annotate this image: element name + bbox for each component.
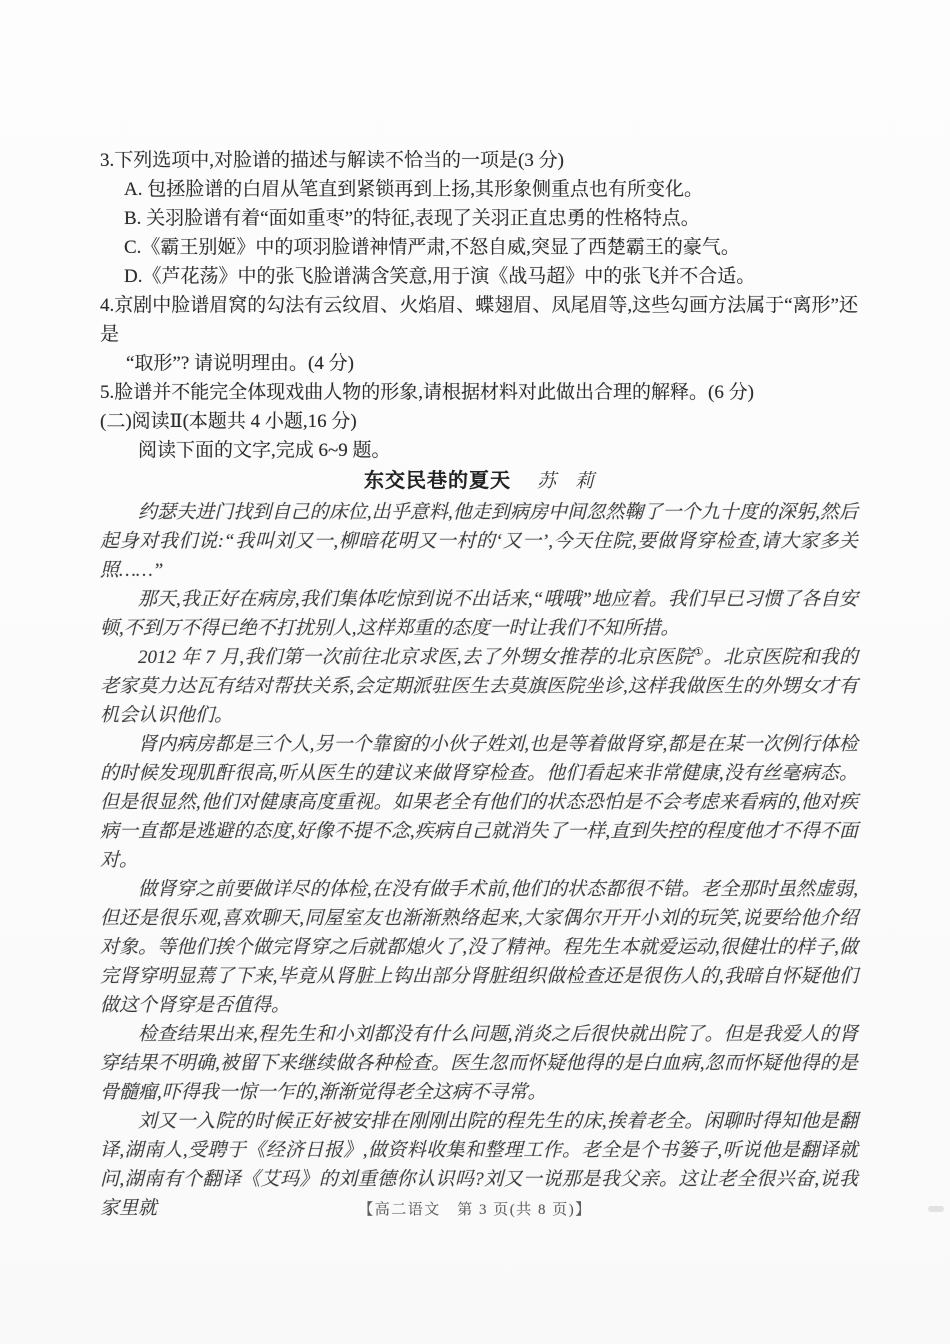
passage-title-row: 东交民巷的夏天苏 莉	[100, 466, 858, 498]
question-3-option-a: A. 包拯脸谱的白眉从笔直到紧锁再到上扬,其形象侧重点也有所变化。	[100, 175, 858, 204]
paragraph-3-text: 2012 年 7 月,我们第一次前往北京求医,去了外甥女推荐的北京医院	[138, 647, 694, 668]
text-column: 3.下列选项中,对脸谱的描述与解读不恰当的一项是(3 分) A. 包拯脸谱的白眉…	[100, 146, 858, 1223]
passage-title: 东交民巷的夏天	[364, 470, 511, 492]
exam-scan-page: 3.下列选项中,对脸谱的描述与解读不恰当的一项是(3 分) A. 包拯脸谱的白眉…	[0, 0, 950, 1344]
footnote-marker: ①	[694, 647, 704, 659]
passage-paragraph-3: 2012 年 7 月,我们第一次前往北京求医,去了外甥女推荐的北京医院①。北京医…	[100, 643, 858, 730]
question-5-stem: 5.脸谱并不能完全体现戏曲人物的形象,请根据材料对此做出合理的解释。(6 分)	[100, 378, 858, 407]
reading-instruction: 阅读下面的文字,完成 6~9 题。	[100, 436, 858, 465]
question-3-option-c: C.《霸王别姬》中的项羽脸谱神情严肃,不怒自威,突显了西楚霸王的豪气。	[100, 233, 858, 262]
question-4-line-1: 4.京剧中脸谱眉窝的勾法有云纹眉、火焰眉、蝶翅眉、凤尾眉等,这些勾画方法属于“离…	[100, 291, 858, 349]
passage-author: 苏 莉	[537, 471, 594, 492]
question-4-line-2: “取形”? 请说明理由。(4 分)	[100, 349, 858, 378]
question-3-stem: 3.下列选项中,对脸谱的描述与解读不恰当的一项是(3 分)	[100, 146, 858, 175]
page-footer: 【高二语文 第 3 页(共 8 页)】	[0, 1198, 950, 1219]
section-2-header: (二)阅读Ⅱ(本题共 4 小题,16 分)	[100, 407, 858, 436]
passage-paragraph-5: 做肾穿之前要做详尽的体检,在没有做手术前,他们的状态都很不错。老全那时虽然虚弱,…	[100, 875, 858, 1020]
passage-paragraph-1: 约瑟夫进门找到自己的床位,出乎意料,他走到病房中间忽然鞠了一个九十度的深躬,然后…	[100, 498, 858, 585]
scan-smudge	[928, 1206, 944, 1212]
passage-paragraph-4: 肾内病房都是三个人,另一个靠窗的小伙子姓刘,也是等着做肾穿,都是在某一次例行体检…	[100, 730, 858, 875]
question-3-option-d: D.《芦花荡》中的张飞脸谱满含笑意,用于演《战马超》中的张飞并不合适。	[100, 262, 858, 291]
question-3-option-b: B. 关羽脸谱有着“面如重枣”的特征,表现了关羽正直忠勇的性格特点。	[100, 204, 858, 233]
passage-paragraph-2: 那天,我正好在病房,我们集体吃惊到说不出话来,“哦哦”地应着。我们早已习惯了各自…	[100, 585, 858, 643]
passage-paragraph-6: 检查结果出来,程先生和小刘都没有什么问题,消炎之后很快就出院了。但是我爱人的肾穿…	[100, 1020, 858, 1107]
